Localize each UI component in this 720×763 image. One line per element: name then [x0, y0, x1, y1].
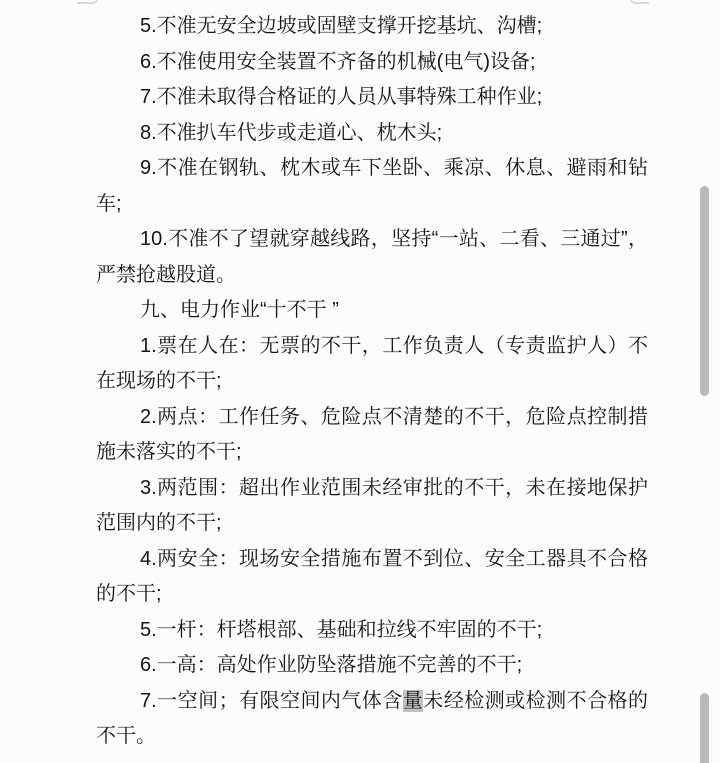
- text-line: 3.两范围：超出作业范围未经审批的不干，未在接地保护: [96, 471, 648, 507]
- text-line: 5.不准无安全边坡或固壁支撑开挖基坑、沟槽;: [96, 9, 648, 45]
- text-line: 2.两点：工作任务、危险点不清楚的不干，危险点控制措: [96, 400, 648, 436]
- text-line: 6.一高：高处作业防坠落措施不完善的不干;: [96, 648, 648, 684]
- text-line: 严禁抢越股道。: [96, 258, 648, 294]
- text-line: 5.一杆：杆塔根部、基础和拉线不牢固的不干;: [96, 613, 648, 649]
- text-line: 7.不准未取得合格证的人员从事特殊工种作业;: [96, 80, 648, 116]
- text-line: 4.两安全：现场安全措施布置不到位、安全工器具不合格: [96, 542, 648, 578]
- text-line: 范围内的不干;: [96, 506, 648, 542]
- text-line: 不干。: [96, 719, 648, 755]
- previous-page-corner-left: [77, 0, 98, 4]
- text-line: 9.不准在钢轨、枕木或车下坐卧、乘凉、休息、避雨和钻: [96, 151, 648, 187]
- text-line: 10.不准不了望就穿越线路，坚持“一站、二看、三通过”，: [96, 222, 648, 258]
- section-heading: 九、电力作业“十不干 ”: [96, 293, 648, 329]
- text-line: 8.不准扒车代步或走道心、枕木头;: [96, 116, 648, 152]
- scrollbar-thumb-lower[interactable]: [700, 693, 709, 763]
- text-line: 在现场的不干;: [96, 364, 648, 400]
- highlighted-character: 量: [403, 690, 423, 712]
- text-line: 6.不准使用安全装置不齐备的机械(电气)设备;: [96, 45, 648, 81]
- previous-page-corner-right: [630, 0, 649, 4]
- text-line: 车;: [96, 187, 648, 223]
- text-line: 的不干;: [96, 577, 648, 613]
- scrollbar-thumb-upper[interactable]: [700, 186, 709, 396]
- text-line: 施未落实的不干;: [96, 435, 648, 471]
- text-line: 1.票在人在：无票的不干，工作负责人（专责监护人）不: [96, 329, 648, 365]
- text-line: 7.一空间；有限空间内气体含量未经检测或检测不合格的: [96, 684, 648, 720]
- document-text: 5.不准无安全边坡或固壁支撑开挖基坑、沟槽; 6.不准使用安全装置不齐备的机械(…: [96, 9, 648, 755]
